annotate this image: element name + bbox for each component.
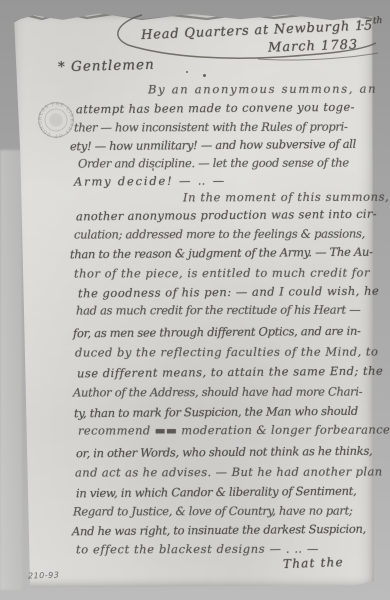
manuscript-line: By an anonymous summons, an <box>148 82 377 97</box>
manuscript-line: for, as men see through different Optics… <box>73 324 361 341</box>
manuscript-line: ty, than to mark for Suspicion, the Man … <box>74 404 358 420</box>
manuscript-line: Order and discipline. — let the good sen… <box>78 156 349 171</box>
manuscript-line: Army decide! — ‥ — <box>74 173 226 188</box>
ink-speck <box>186 71 188 73</box>
manuscript-line: recommend ▬▬ moderation & longer forbear… <box>78 422 390 437</box>
manuscript-line: ther — how inconsistent with the Rules o… <box>74 120 348 135</box>
manuscript-line: use different means, to attain the same … <box>77 364 383 381</box>
manuscript-line: Author of the Address, should have had m… <box>73 384 362 399</box>
ink-speck <box>152 168 154 171</box>
ink-speck <box>203 74 206 77</box>
manuscript-line: and act as he advises. — But he had anot… <box>75 464 383 479</box>
ink-speck <box>361 24 364 26</box>
archive-number: 210-93 <box>28 570 60 580</box>
manuscript-line: thor of the piece, is entitled to much c… <box>74 265 370 280</box>
manuscript-line: In the moment of this summons, <box>183 190 389 205</box>
catchword: That the <box>283 555 344 571</box>
manuscript-line: to effect the blackest designs — . ‥ — <box>76 542 319 557</box>
manuscript-line: had as much credit for the rectitude of … <box>76 303 360 318</box>
manuscript-line: or, in other Words, who should not think… <box>76 444 373 461</box>
manuscript-line: attempt has been made to convene you tog… <box>76 100 355 116</box>
manuscript-line: duced by the reflecting faculties of the… <box>75 344 379 359</box>
manuscript-line: the goodness of his pen: — and I could w… <box>78 284 379 301</box>
manuscript-line: Regard to Justice, & love of Country, ha… <box>73 504 353 519</box>
manuscript-lines: By an anonymous summons, anattempt has b… <box>0 0 390 600</box>
manuscript-line: ety! — how unmilitary! — and how subvers… <box>70 137 356 153</box>
manuscript-line: than to the reason & judgment of the Arm… <box>70 245 373 262</box>
manuscript-line: in view, in which Candor & liberality of… <box>76 484 357 500</box>
manuscript-line: another anonymous production was sent in… <box>76 207 377 224</box>
manuscript-line: And he was right, to insinuate the darke… <box>72 522 366 539</box>
manuscript-line: culation; addressed more to the feelings… <box>74 226 365 241</box>
photostat-page: THE LIBRARY OF CONGRESS Head Quarters at… <box>0 0 390 600</box>
